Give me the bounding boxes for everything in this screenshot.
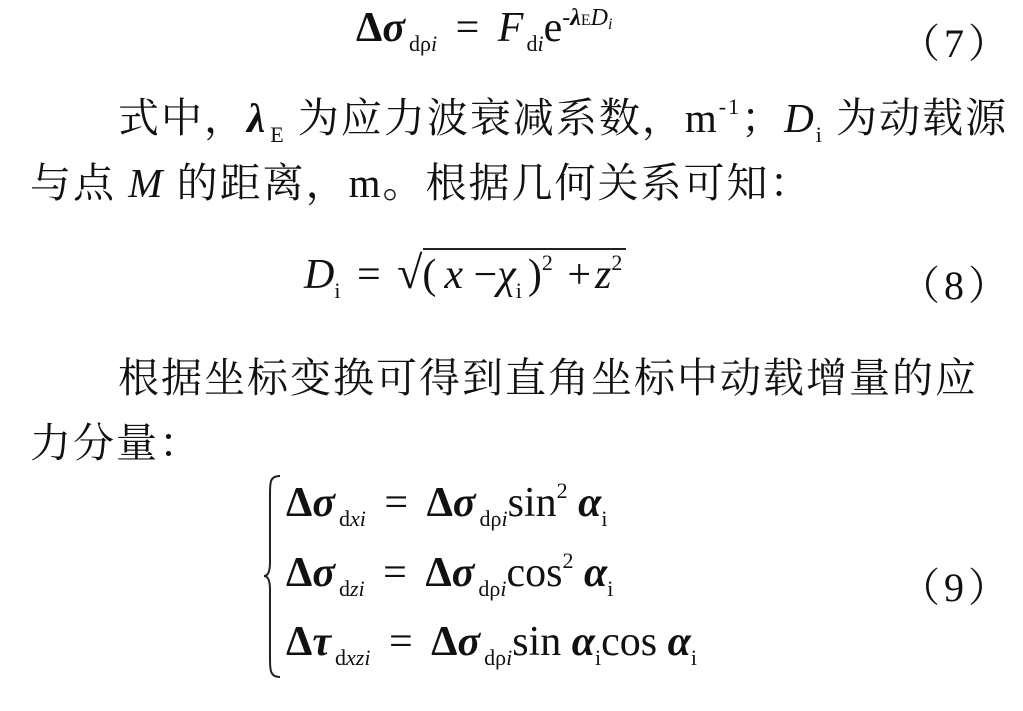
equation-number-9: （9） bbox=[900, 556, 1012, 613]
paragraph-2-line-1: 根据坐标变换可得到直角坐标中动载增量的应 bbox=[118, 345, 978, 404]
square-root: √(x −χi)2 +z2 bbox=[397, 246, 622, 304]
paragraph-1-line-1: 式中，λE 为应力波衰减系数，m-1；Di 为动载源 bbox=[118, 85, 1008, 148]
brace-icon bbox=[262, 474, 282, 679]
equation-7: Δσdρi = Fdie-λEDi bbox=[356, 4, 612, 57]
equation-number-8: （8） bbox=[900, 254, 1012, 311]
sigma-symbol: σ bbox=[382, 5, 405, 51]
distance-symbol: D bbox=[784, 95, 816, 141]
equation-9-row-2: Δσdzi = Δσdρicos2 αi bbox=[286, 548, 613, 602]
equation-9-row-1: Δσdxi = Δσdρisin2 αi bbox=[286, 478, 608, 532]
paragraph-2-line-2: 力分量： bbox=[30, 410, 202, 469]
exp-base: e bbox=[544, 5, 563, 51]
exponent: -λEDi bbox=[562, 5, 612, 31]
force-subscript: di bbox=[526, 31, 543, 56]
paragraph-1-line-2: 与点 M 的距离，m。根据几何关系可知： bbox=[30, 150, 813, 209]
point-symbol: M bbox=[128, 160, 164, 206]
subscript: dρi bbox=[409, 31, 437, 56]
equation-number-7: （7） bbox=[900, 12, 1012, 69]
sqrt-vinculum bbox=[423, 248, 626, 250]
force-symbol: F bbox=[498, 5, 524, 51]
left-brace bbox=[262, 474, 282, 679]
lambda-symbol: λ bbox=[247, 95, 267, 141]
equation-9-row-3: Δτdxzi = Δσdρisin αicos αi bbox=[286, 618, 697, 671]
equals-sign: = bbox=[456, 5, 480, 51]
delta-symbol: Δ bbox=[356, 5, 382, 51]
equation-8: Di = √(x −χi)2 +z2 bbox=[304, 246, 622, 304]
